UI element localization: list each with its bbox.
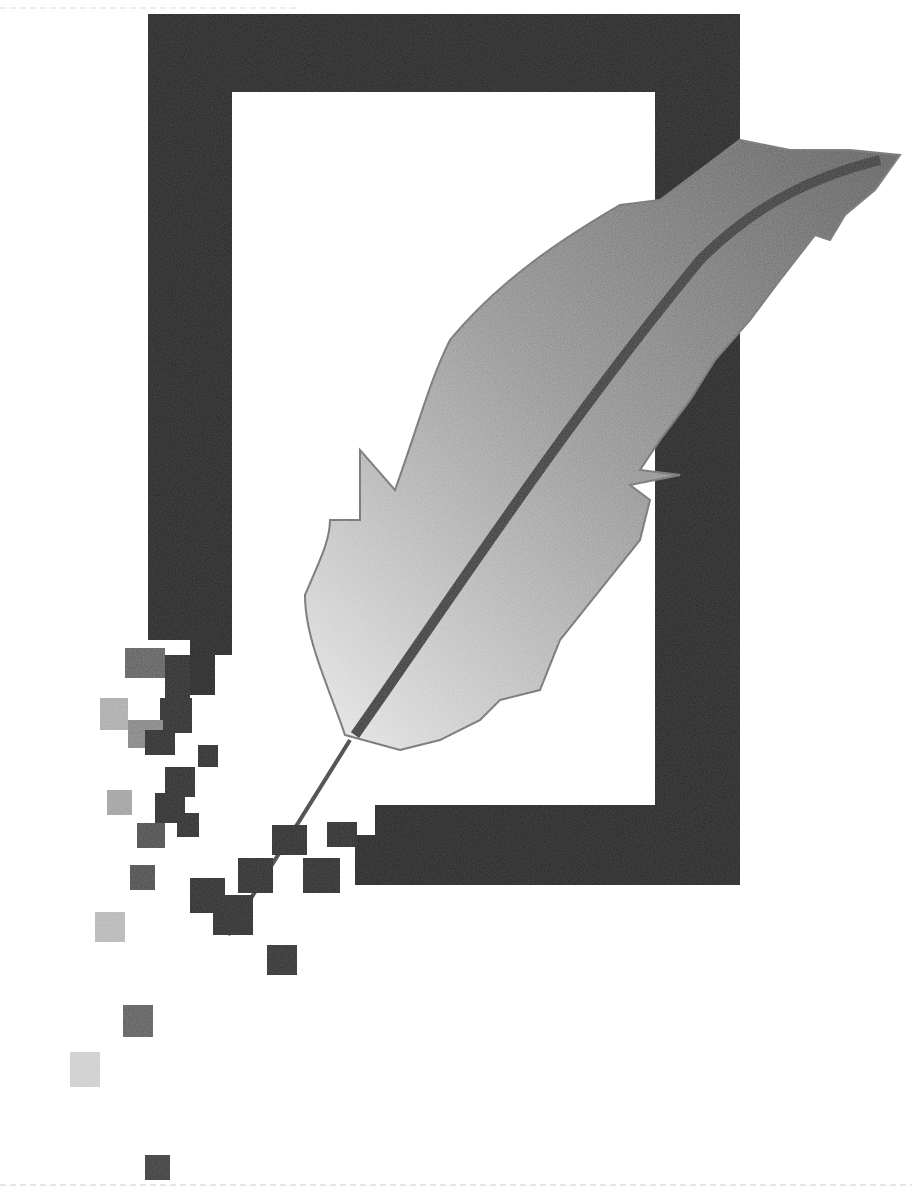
pixel-squares (70, 648, 357, 1180)
quill-frame-logo (0, 0, 912, 1188)
